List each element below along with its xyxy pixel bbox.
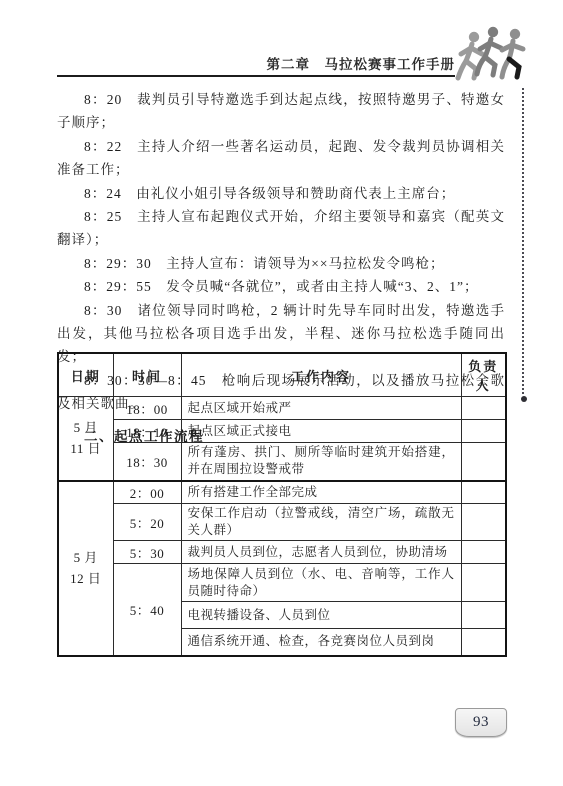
time-cell: 5：40 [113,564,181,656]
table-row: 5 月 11 日 18：00 起点区域开始戒严 [58,397,506,420]
schedule-item: 8：25 主持人宣布起跑仪式开始，介绍主要领导和嘉宾（配英文翻译）； [57,205,505,252]
content-cell: 场地保障人员到位（水、电、音响等，工作人员随时待命） [181,564,461,602]
schedule-item: 8：29：55 发令员喊“各就位”，或者由主持人喊“3、2、1”； [57,275,505,298]
content-cell: 电视转播设备、人员到位 [181,602,461,629]
chapter-title: 第二章 马拉松赛事工作手册 [267,53,456,73]
date-cell: 5 月 12 日 [58,481,113,656]
responsible-cell [461,602,506,629]
content-cell: 通信系统开通、检查，各竞赛岗位人员到岗 [181,629,461,656]
table-row: 5：40 场地保障人员到位（水、电、音响等，工作人员随时待命） [58,564,506,602]
time-cell: 18：30 [113,443,181,481]
table-row: 5 月 12 日 2：00 所有搭建工作全部完成 [58,481,506,504]
time-cell: 2：00 [113,481,181,504]
table-row: 5：20 安保工作启动（拉警戒线，清空广场，疏散无关人群） [58,504,506,541]
content-cell: 起点区域正式接电 [181,420,461,443]
responsible-cell [461,443,506,481]
responsible-cell [461,629,506,656]
header-rule [57,75,455,77]
table-row: 18：10 起点区域正式接电 [58,420,506,443]
table-row: 5：30 裁判员人员到位，志愿者人员到位，协助清场 [58,541,506,564]
content-cell: 起点区域开始戒严 [181,397,461,420]
content-cell: 裁判员人员到位，志愿者人员到位，协助清场 [181,541,461,564]
column-header-date: 日期 [58,353,113,397]
schedule-item: 8：29：30 主持人宣布：请领导为××马拉松发令鸣枪； [57,252,505,275]
start-point-workflow-table: 日期 时间 工作内容 负责人 5 月 11 日 18：00 起点区域开始戒严 1… [57,352,507,657]
responsible-cell [461,420,506,443]
table-header-row: 日期 时间 工作内容 负责人 [58,353,506,397]
responsible-cell [461,504,506,541]
responsible-cell [461,564,506,602]
running-figures-icon [455,26,529,88]
page-number: 93 [473,714,489,731]
time-cell: 18：10 [113,420,181,443]
date-day: 11 日 [65,438,107,459]
content-cell: 所有蓬房、拱门、厕所等临时建筑开始搭建，并在周围拉设警戒带 [181,443,461,481]
date-day: 12 日 [65,568,107,589]
content-cell: 所有搭建工作全部完成 [181,481,461,504]
date-cell: 5 月 11 日 [58,397,113,481]
date-month: 5 月 [65,417,107,438]
time-cell: 5：20 [113,504,181,541]
column-header-time: 时间 [113,353,181,397]
time-cell: 5：30 [113,541,181,564]
book-page: 第二章 马拉松赛事工作手册 [0,0,563,786]
responsible-cell [461,481,506,504]
column-header-content: 工作内容 [181,353,461,397]
table-row: 18：30 所有蓬房、拱门、厕所等临时建筑开始搭建，并在周围拉设警戒带 [58,443,506,481]
column-header-responsible: 负责人 [461,353,506,397]
dotted-divider [522,88,524,394]
schedule-item: 8：22 主持人介绍一些著名运动员，起跑、发令裁判员协调相关准备工作； [57,135,505,182]
responsible-cell [461,397,506,420]
schedule-item: 8：24 由礼仪小姐引导各级领导和赞助商代表上主席台； [57,182,505,205]
time-cell: 18：00 [113,397,181,420]
date-month: 5 月 [65,547,107,568]
content-cell: 安保工作启动（拉警戒线，清空广场，疏散无关人群） [181,504,461,541]
dotted-divider-end-dot [521,396,527,402]
page-number-badge: 93 [455,708,507,737]
responsible-cell [461,541,506,564]
schedule-item: 8：20 裁判员引导特邀选手到达起点线，按照特邀男子、特邀女子顺序； [57,88,505,135]
